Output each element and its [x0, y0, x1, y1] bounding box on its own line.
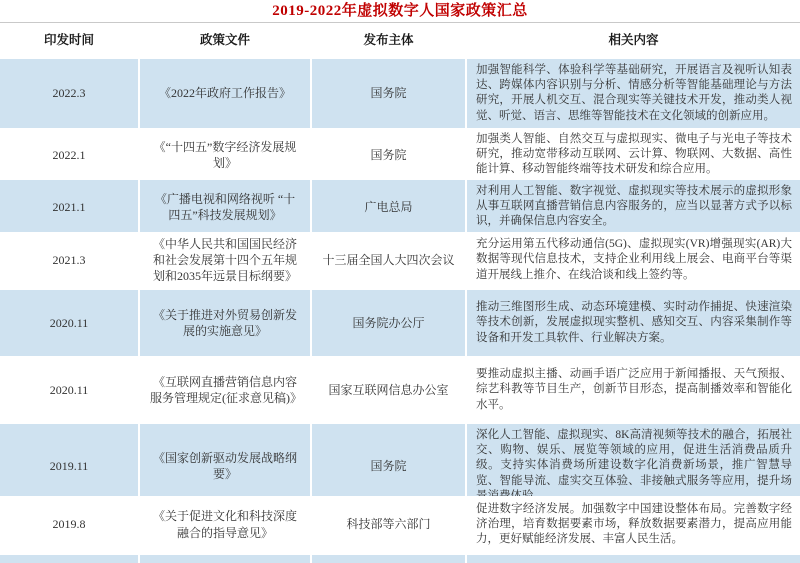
- cell-publisher: 国务院: [312, 59, 465, 128]
- cell-issue-date: 2022.1: [0, 128, 138, 182]
- cell-publisher: 国务院办公厅: [312, 290, 465, 356]
- cell-related-content: 促进数字经济发展。加强数字中国建设整体布局。完善数字经济治理，培育数据要素市场，…: [467, 496, 800, 553]
- table-row-partial: [0, 555, 800, 563]
- table-row: 2022.3 《2022年政府工作报告》 国务院 加强智能科学、体验科学等基础研…: [0, 59, 800, 126]
- header-related-content: 相关内容: [467, 23, 800, 57]
- table-header-row: 印发时间 政策文件 发布主体 相关内容: [0, 23, 800, 57]
- header-issue-date: 印发时间: [0, 23, 138, 57]
- cell-related-content: 加强智能科学、体验科学等基础研究，开展语言及视听认知表达、跨媒体内容识别与分析、…: [467, 59, 800, 128]
- table-row: 2019.11 《国家创新驱动发展战略纲要》 国务院 深化人工智能、虚拟现实、8…: [0, 424, 800, 494]
- cell-policy-document: 《“十四五”数字经济发展规划》: [140, 128, 310, 182]
- cell-related-content: 推动三维图形生成、动态环境建模、实时动作捕捉、快速渲染等技术创新，发展虚拟现实整…: [467, 290, 800, 356]
- cell-related-content: 对利用人工智能、数字视觉、虚拟现实等技术展示的虚拟形象从事互联网直播营销信息内容…: [467, 180, 800, 234]
- cell-issue-date: 2020.11: [0, 290, 138, 356]
- policy-table: 印发时间 政策文件 发布主体 相关内容 2022.3 《2022年政府工作报告》…: [0, 23, 800, 563]
- table-row: 2019.8 《关于促进文化和科技深度融合的指导意见》 科技部等六部门 促进数字…: [0, 496, 800, 553]
- header-policy-document: 政策文件: [140, 23, 310, 57]
- cell-related-content: 要推动虚拟主播、动画手语广泛应用于新闻播报、天气预报、综艺科教等节目生产，创新节…: [467, 358, 800, 422]
- cell-issue-date: [0, 555, 138, 563]
- cell-issue-date: 2020.11: [0, 358, 138, 422]
- cell-issue-date: 2019.8: [0, 496, 138, 553]
- cell-policy-document: 《关于推进对外贸易创新发展的实施意见》: [140, 290, 310, 356]
- cell-policy-document: 《中华人民共和国国民经济和社会发展第十四个五年规划和2035年远景目标纲要》: [140, 232, 310, 288]
- cell-related-content: 加强类人智能、自然交互与虚拟现实、微电子与光电子等技术研究，推动宽带移动互联网、…: [467, 128, 800, 182]
- cell-publisher: 国务院: [312, 128, 465, 182]
- cell-publisher: 十三届全国人大四次会议: [312, 232, 465, 288]
- table-row: 2020.11 《关于推进对外贸易创新发展的实施意见》 国务院办公厅 推动三维图…: [0, 290, 800, 356]
- cell-policy-document: 《2022年政府工作报告》: [140, 59, 310, 128]
- table-row: 2020.11 《互联网直播营销信息内容服务管理规定(征求意见稿)》 国家互联网…: [0, 358, 800, 422]
- table-row: 2021.1 《广播电视和网络视听 “十四五”科技发展规划》 广电总局 对利用人…: [0, 180, 800, 230]
- cell-publisher: 国家互联网信息办公室: [312, 358, 465, 422]
- cell-issue-date: 2022.3: [0, 59, 138, 128]
- cell-policy-document: 《广播电视和网络视听 “十四五”科技发展规划》: [140, 180, 310, 234]
- table-row: 2021.3 《中华人民共和国国民经济和社会发展第十四个五年规划和2035年远景…: [0, 232, 800, 288]
- policy-summary-page: 2019-2022年虚拟数字人国家政策汇总 印发时间 政策文件 发布主体 相关内…: [0, 0, 800, 563]
- cell-related-content: [467, 555, 800, 563]
- cell-publisher: 科技部等六部门: [312, 496, 465, 553]
- header-publisher: 发布主体: [312, 23, 465, 57]
- cell-publisher: 广电总局: [312, 180, 465, 234]
- table-row: 2022.1 《“十四五”数字经济发展规划》 国务院 加强类人智能、自然交互与虚…: [0, 128, 800, 178]
- cell-publisher: [312, 555, 465, 563]
- cell-policy-document: 《互联网直播营销信息内容服务管理规定(征求意见稿)》: [140, 358, 310, 422]
- cell-issue-date: 2021.1: [0, 180, 138, 234]
- page-title: 2019-2022年虚拟数字人国家政策汇总: [0, 0, 800, 22]
- cell-policy-document: 《关于促进文化和科技深度融合的指导意见》: [140, 496, 310, 553]
- cell-issue-date: 2021.3: [0, 232, 138, 288]
- cell-policy-document: [140, 555, 310, 563]
- cell-related-content: 充分运用第五代移动通信(5G)、虚拟现实(VR)增强现实(AR)大数据等现代信息…: [467, 232, 800, 288]
